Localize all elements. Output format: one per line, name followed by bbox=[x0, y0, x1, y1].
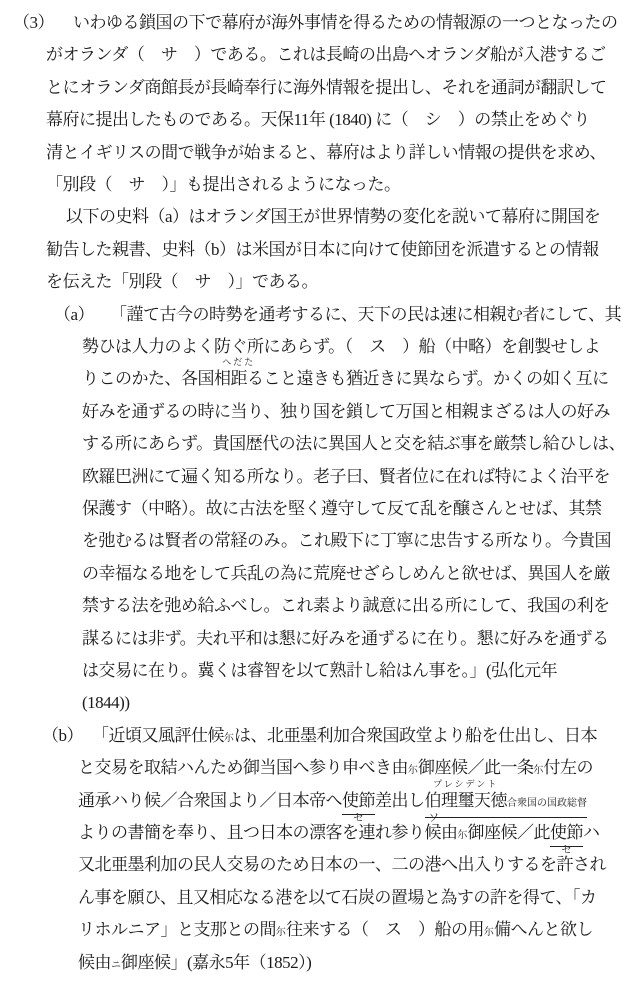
document-line: 勢ひは人力のよく防ぐ所にあらず。（ ス ）船（中略）を創製せしよ bbox=[82, 335, 600, 359]
text-run: 付左の bbox=[544, 758, 594, 777]
document-line: リホルニア」と支那との間尓往来する（ ス ）船の用尓備へんと欲し bbox=[78, 918, 593, 942]
text-run: 「謹て古今の時勢を通考するに、天下の民は速に相親む者にして、其 bbox=[110, 305, 621, 324]
text-run: 謀るには非ず。夫れ平和は懇に好みを通ずるに在り。懇に好みを通ずる bbox=[82, 629, 609, 648]
text-run: 候由 bbox=[78, 953, 111, 972]
document-line: (1844)) bbox=[82, 691, 129, 715]
text-run: 幕府に提出したものである。天保11年 (1840) に（ シ ）の禁止をめぐり bbox=[46, 110, 590, 129]
text-run: 距へだた bbox=[231, 367, 248, 391]
text-run: ニ bbox=[111, 960, 121, 971]
list-marker: （3） bbox=[13, 11, 54, 35]
document-line: とにオランダ商館長が長崎奉行に海外情報を提出し、それを通詞が翻訳して bbox=[46, 76, 606, 100]
text-run: ハ bbox=[583, 823, 600, 842]
text-run: よりの書簡を奉り、且つ日本の漂客を連れ参り候由 bbox=[78, 823, 458, 842]
list-marker: （a） bbox=[54, 303, 94, 327]
text-run: 又北亜墨利加の民人交易のため日本の一、二の港へ出入りするを許され bbox=[78, 855, 606, 874]
text-run: を弛むるは賢者の常経のみ。これ殿下に丁寧に忠告する所なり。今貴国 bbox=[82, 531, 611, 550]
document-line: 「別段（ サ ）」も提出されるようになった。 bbox=[46, 173, 401, 197]
document-line: 清とイギリスの間で戦争が始まると、幕府はより詳しい情報の提供を求め、 bbox=[46, 141, 606, 165]
document-line: 欧羅巴洲にて遍く知る所なり。老子曰、賢者位に在れば特によく治平を bbox=[82, 465, 610, 489]
text-run: 尓 bbox=[534, 765, 544, 776]
text-run: 「近頃又風評仕候 bbox=[92, 726, 224, 745]
text-run: ん事を願ひ、且又相応なる港を以て石炭の置場と為すの許を得て、「カ bbox=[78, 888, 596, 907]
text-run: 御座候／此 bbox=[468, 823, 551, 842]
text-run: 合衆国の国政総督 bbox=[507, 798, 587, 809]
document-line: 謀るには非ず。夫れ平和は懇に好みを通ずるに在り。懇に好みを通ずる bbox=[82, 627, 609, 651]
text-run: 尓 bbox=[276, 927, 286, 938]
exam-question-page: （3）いわゆる鎖国の下で幕府が海外事情を得るための情報源の一つとなったのがオラン… bbox=[0, 0, 639, 985]
text-run: と交易を取結ハんため御当国へ参り申べき由 bbox=[78, 758, 408, 777]
text-run: 「別段（ サ ）」も提出されるようになった。 bbox=[46, 175, 401, 194]
text-run: 欧羅巴洲にて遍く知る所なり。老子曰、賢者位に在れば特によく治平を bbox=[82, 467, 610, 486]
text-run: 清とイギリスの間で戦争が始まると、幕府はより詳しい情報の提供を求め、 bbox=[46, 143, 606, 162]
document-line: の幸福なる地をして兵乱の為に荒廃せざらしめんと欲せば、異国人を厳 bbox=[82, 562, 610, 586]
text-run: とにオランダ商館長が長崎奉行に海外情報を提出し、それを通詞が翻訳して bbox=[46, 78, 606, 97]
text-run: 尓 bbox=[408, 765, 418, 776]
text-run: する所にあらず。貴国歴代の法に異国人と交を結ぶ事を厳禁し給ひしは、 bbox=[82, 434, 625, 453]
text-run: がオランダ（ サ ）である。これは長崎の出島へオランダ船が入港するご bbox=[46, 45, 606, 64]
text-run: を伝えた「別段（ サ ）」である。 bbox=[46, 272, 318, 291]
text-run: りこのかた、各国相 bbox=[82, 369, 231, 388]
text-run: 保護す（中略）。故に古法を堅く遵守して反て乱を醸さんとせば、其禁 bbox=[82, 499, 602, 518]
text-run: 尓 bbox=[458, 830, 468, 841]
document-line: 通承ハり候／合衆国より／日本帝へ使節セ差出し伯理璽天徳プレシデント合衆国の国政総… bbox=[78, 789, 587, 813]
text-run: 禁する法を弛め給ふべし。これ素より誠意に出る所にして、我国の利を bbox=[82, 596, 610, 615]
text-run: ること遠きも猶近きに異ならず。かくの如く互に bbox=[247, 369, 609, 388]
furigana: へだた bbox=[222, 358, 255, 367]
document-line: よりの書簡を奉り、且つ日本の漂客を連れ参り候由尓御座候／此使節セハ bbox=[78, 821, 600, 845]
document-line: （a）「謹て古今の時勢を通考するに、天下の民は速に相親む者にして、其 bbox=[110, 303, 621, 327]
underlined-term: 使節セ bbox=[342, 789, 375, 815]
document-line: は交易に在り。冀くは睿智を以て熟計し給はん事を。」(弘化元年 bbox=[82, 659, 557, 683]
text-run: 尓 bbox=[484, 927, 494, 938]
document-line: 又北亜墨利加の民人交易のため日本の一、二の港へ出入りするを許され bbox=[78, 853, 606, 877]
text-run: 尓 bbox=[224, 733, 234, 744]
text-run: (1844)) bbox=[82, 693, 129, 712]
document-line: 幕府に提出したものである。天保11年 (1840) に（ シ ）の禁止をめぐり bbox=[46, 108, 590, 132]
text-run: 往来する（ ス ）船の用 bbox=[286, 920, 484, 939]
document-line: 候由ニ御座候」(嘉永5年（1852）) bbox=[78, 951, 311, 975]
text-run: の幸福なる地をして兵乱の為に荒廃せざらしめんと欲せば、異国人を厳 bbox=[82, 564, 610, 583]
text-run: 好みを通ずるの時に当り、独り国を鎖して万国と相親まざるは人の好み bbox=[82, 402, 610, 421]
text-run: 伯理璽天徳プレシデント bbox=[425, 789, 508, 813]
text-run: 勢ひは人力のよく防ぐ所にあらず。（ ス ）船（中略）を創製せしよ bbox=[82, 337, 600, 356]
text-run: 備へんと欲し bbox=[494, 920, 593, 939]
text-run: は交易に在り。冀くは睿智を以て熟計し給はん事を。」(弘化元年 bbox=[82, 661, 557, 680]
document-line: 好みを通ずるの時に当り、独り国を鎖して万国と相親まざるは人の好み bbox=[82, 400, 610, 424]
text-run: いわゆる鎖国の下で幕府が海外事情を得るための情報源の一つとなったの bbox=[73, 13, 618, 32]
text-run: 差出し bbox=[375, 791, 425, 810]
text-run: 御座候」(嘉永5年（1852）) bbox=[121, 953, 311, 972]
document-line: を伝えた「別段（ サ ）」である。 bbox=[46, 270, 318, 294]
document-line: （3）いわゆる鎖国の下で幕府が海外事情を得るための情報源の一つとなったの bbox=[73, 11, 618, 35]
text-run: 御座候／此一条 bbox=[418, 758, 534, 777]
text-run: は、北亜墨利加合衆国政堂より船を仕出し、日本 bbox=[234, 726, 597, 745]
document-line: を弛むるは賢者の常経のみ。これ殿下に丁寧に忠告する所なり。今貴国 bbox=[82, 529, 611, 553]
text-run: 通承ハり候／合衆国より／日本帝へ bbox=[78, 791, 342, 810]
document-line: する所にあらず。貴国歴代の法に異国人と交を結ぶ事を厳禁し給ひしは、 bbox=[82, 432, 625, 456]
document-line: ん事を願ひ、且又相応なる港を以て石炭の置場と為すの許を得て、「カ bbox=[78, 886, 596, 910]
document-line: 禁する法を弛め給ふべし。これ素より誠意に出る所にして、我国の利を bbox=[82, 594, 610, 618]
text-run: 以下の史料（a）はオランダ国王が世界情勢の変化を説いて幕府に開国を bbox=[66, 207, 600, 226]
document-line: （b）「近頃又風評仕候尓は、北亜墨利加合衆国政堂より船を仕出し、日本 bbox=[92, 724, 597, 748]
document-line: がオランダ（ サ ）である。これは長崎の出島へオランダ船が入港するご bbox=[46, 43, 606, 67]
document-line: と交易を取結ハんため御当国へ参り申べき由尓御座候／此一条尓付左の bbox=[78, 756, 593, 780]
document-line: りこのかた、各国相距へだたること遠きも猶近きに異ならず。かくの如く互に bbox=[82, 367, 609, 391]
furigana: プレシデント bbox=[433, 780, 498, 789]
list-marker: （b） bbox=[42, 724, 83, 748]
document-line: 以下の史料（a）はオランダ国王が世界情勢の変化を説いて幕府に開国を bbox=[66, 205, 600, 229]
document-line: 勧告した親書、史料（b）は米国が日本に向けて使節団を派遣するとの情報 bbox=[46, 238, 599, 262]
underlined-term: 使節セ bbox=[550, 821, 583, 847]
annotated-term: 伯理璽天徳プレシデント合衆国の国政総督ソ bbox=[425, 789, 588, 818]
text-run: 勧告した親書、史料（b）は米国が日本に向けて使節団を派遣するとの情報 bbox=[46, 240, 599, 259]
text-run: リホルニア」と支那との間 bbox=[78, 920, 276, 939]
document-line: 保護す（中略）。故に古法を堅く遵守して反て乱を醸さんとせば、其禁 bbox=[82, 497, 602, 521]
